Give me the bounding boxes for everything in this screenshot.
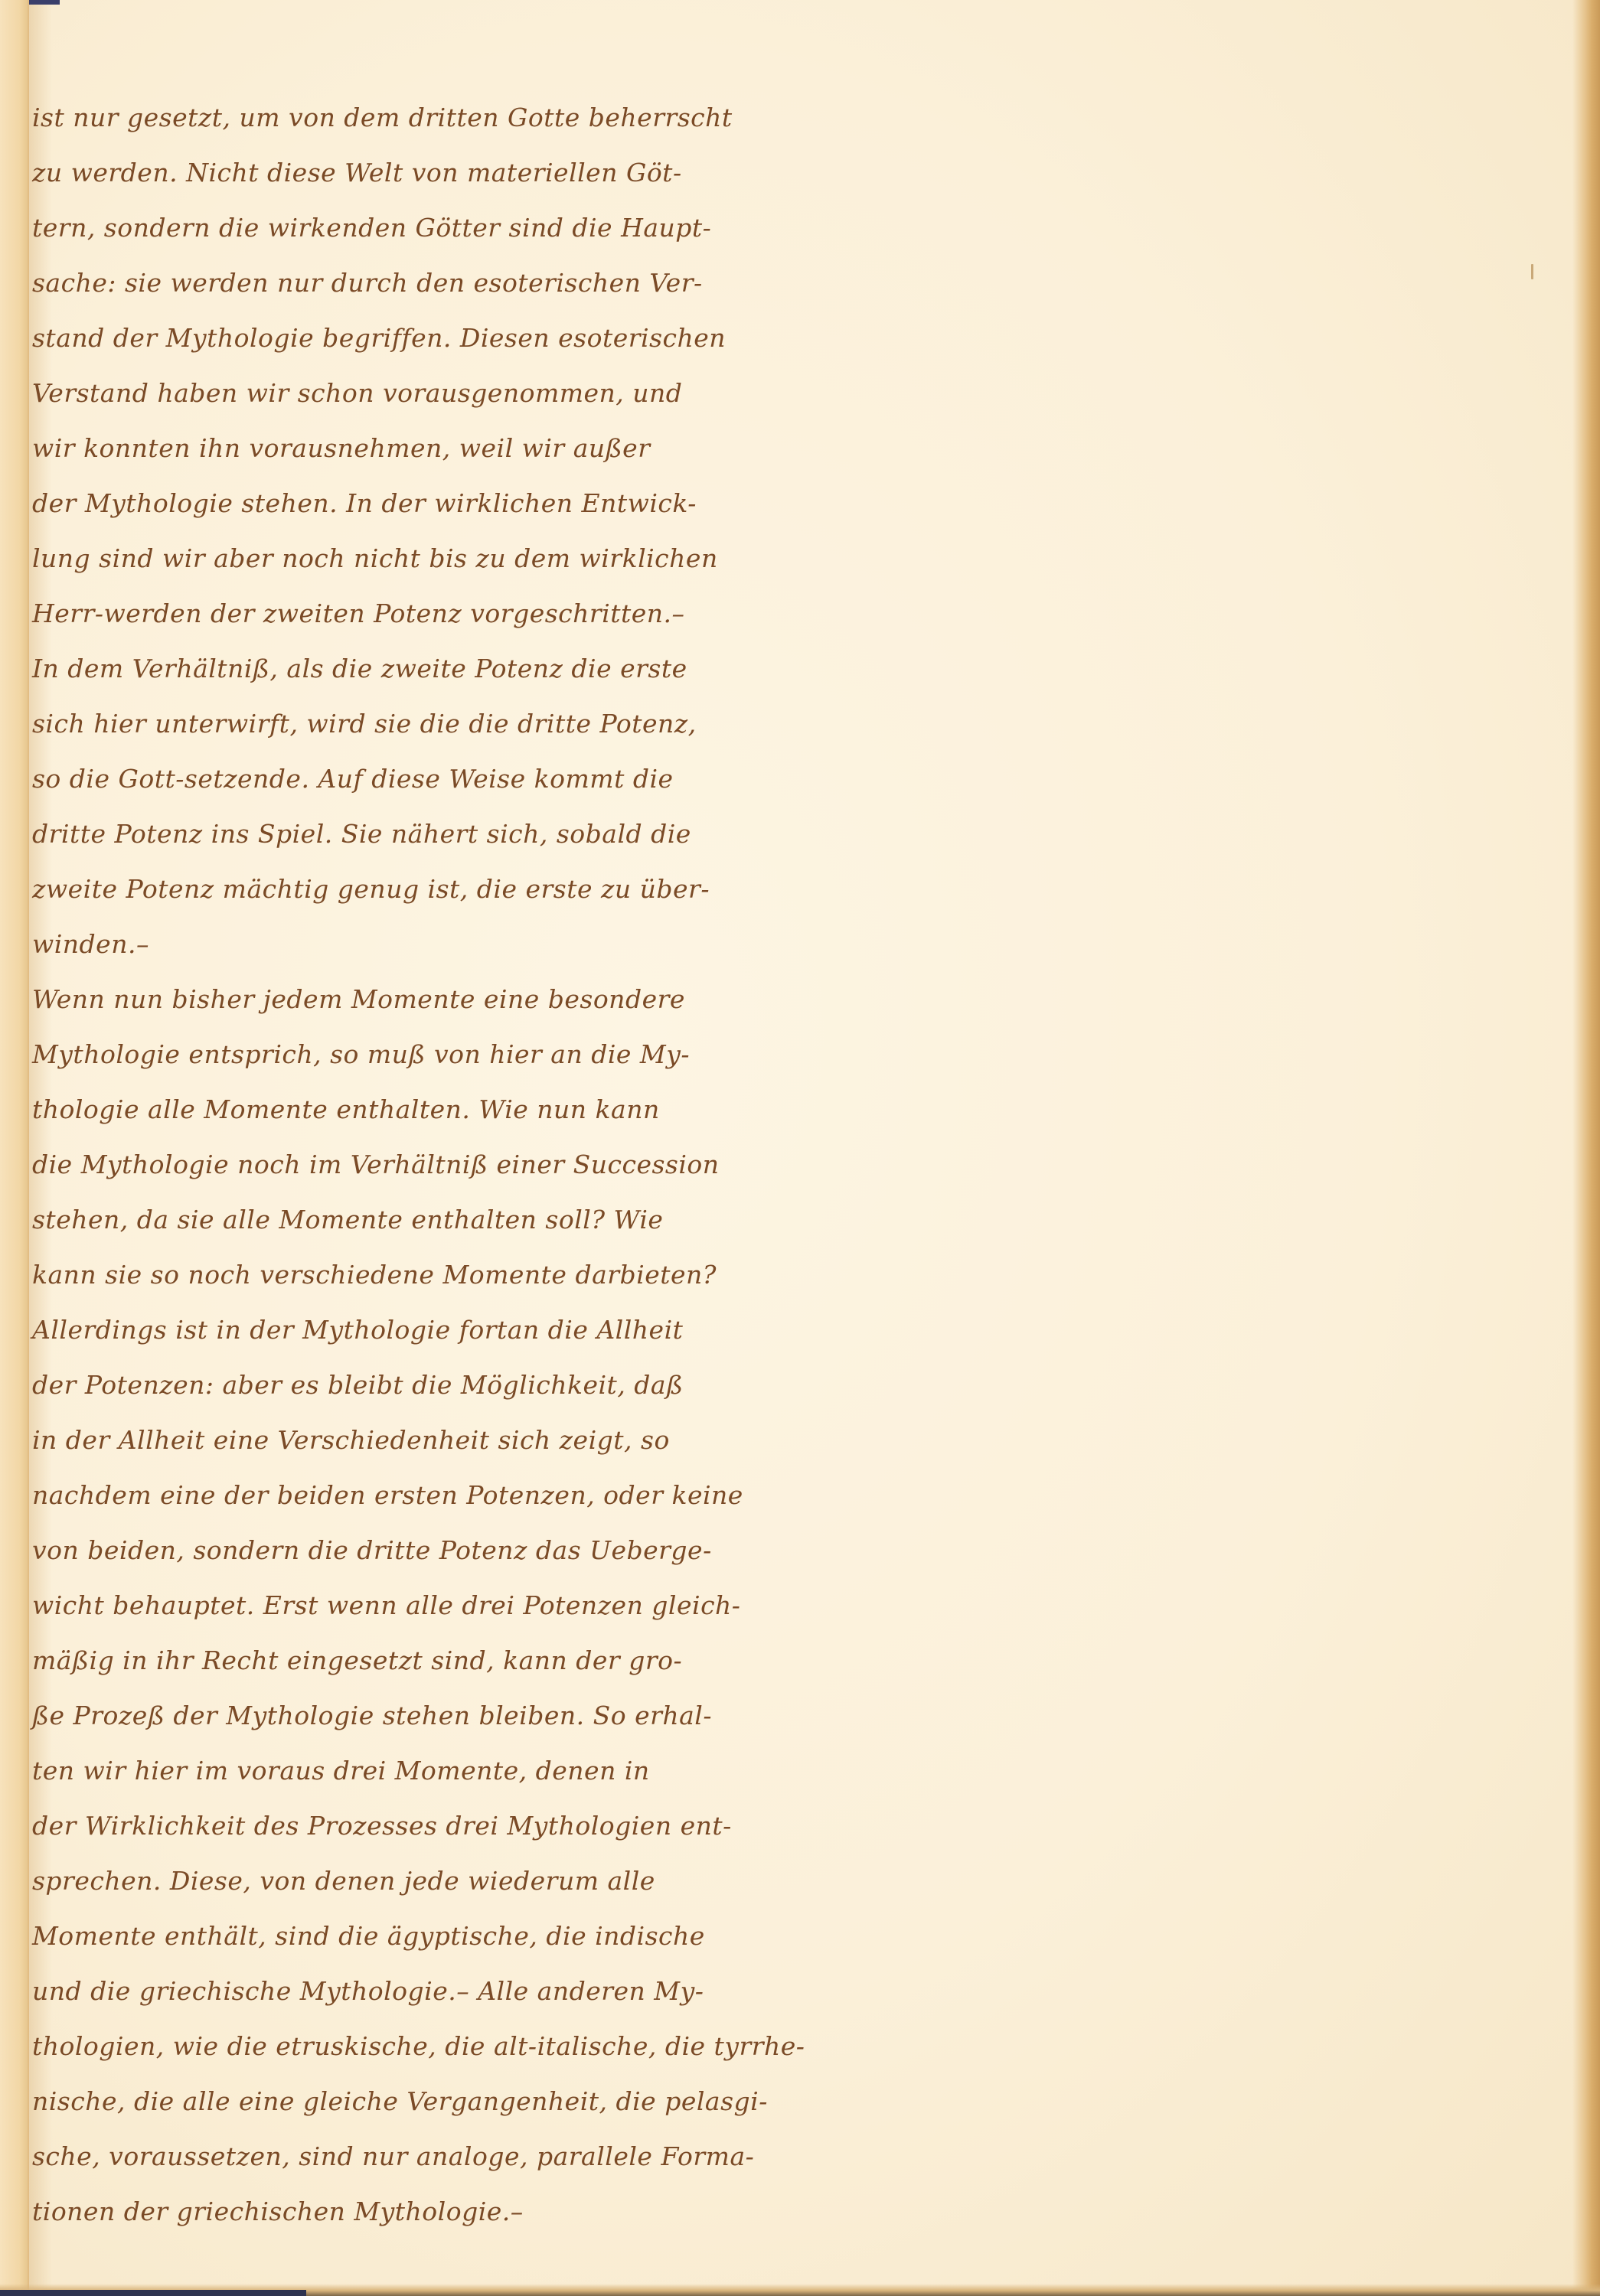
text-line: und die griechische Mythologie.– Alle an…: [32, 1964, 844, 2019]
text-line: Allerdings ist in der Mythologie fortan …: [32, 1303, 844, 1358]
text-line: thologie alle Momente enthalten. Wie nun…: [32, 1082, 844, 1137]
text-line: wicht behauptet. Erst wenn alle drei Pot…: [32, 1578, 844, 1633]
text-line: so die Gott-setzende. Auf diese Weise ko…: [32, 752, 844, 807]
text-line: kann sie so noch verschiedene Momente da…: [32, 1247, 844, 1303]
text-line: tionen der griechischen Mythologie.–: [32, 2184, 844, 2239]
text-line: zweite Potenz mächtig genug ist, die ers…: [32, 862, 844, 917]
text-line: der Mythologie stehen. In der wirklichen…: [32, 476, 844, 531]
text-line: winden.–: [32, 917, 844, 972]
text-line: lung sind wir aber noch nicht bis zu dem…: [32, 531, 844, 586]
text-line: dritte Potenz ins Spiel. Sie nähert sich…: [32, 807, 844, 862]
text-line: die Mythologie noch im Verhältniß einer …: [32, 1137, 844, 1192]
text-line: Mythologie entsprich, so muß von hier an…: [32, 1027, 844, 1082]
text-line: Verstand haben wir schon vorausgenommen,…: [32, 366, 844, 421]
text-line: wir konnten ihn vorausnehmen, weil wir a…: [32, 421, 844, 476]
handwritten-text-block: ist nur gesetzt, um von dem dritten Gott…: [32, 90, 844, 2239]
text-line: sche, voraussetzen, sind nur analoge, pa…: [32, 2129, 844, 2184]
text-line: Wenn nun bisher jedem Momente eine beson…: [32, 972, 844, 1027]
manuscript-page: ist nur gesetzt, um von dem dritten Gott…: [0, 0, 1600, 2296]
text-line: thologien, wie die etruskische, die alt-…: [32, 2019, 844, 2074]
text-line: mäßig in ihr Recht eingesetzt sind, kann…: [32, 1633, 844, 1688]
text-line: der Wirklichkeit des Prozesses drei Myth…: [32, 1799, 844, 1854]
text-line: ße Prozeß der Mythologie stehen bleiben.…: [32, 1688, 844, 1743]
text-line: Momente enthält, sind die ägyptische, di…: [32, 1909, 844, 1964]
text-line: sprechen. Diese, von denen jede wiederum…: [32, 1854, 844, 1909]
background-strip: [0, 2290, 306, 2296]
text-line: Herr-werden der zweiten Potenz vorgeschr…: [32, 586, 844, 641]
text-line: zu werden. Nicht diese Welt von materiel…: [32, 145, 844, 201]
text-line: ten wir hier im voraus drei Momente, den…: [32, 1743, 844, 1799]
text-line: von beiden, sondern die dritte Potenz da…: [32, 1523, 844, 1578]
text-line: der Potenzen: aber es bleibt die Möglich…: [32, 1358, 844, 1413]
margin-mark: [1531, 264, 1533, 279]
text-line: stehen, da sie alle Momente enthalten so…: [32, 1192, 844, 1247]
text-line: sache: sie werden nur durch den esoteris…: [32, 256, 844, 311]
text-line: nachdem eine der beiden ersten Potenzen,…: [32, 1468, 844, 1523]
page-fore-edge: [1572, 0, 1600, 2296]
text-line: nische, die alle eine gleiche Vergangenh…: [32, 2074, 844, 2129]
text-line: stand der Mythologie begriffen. Diesen e…: [32, 311, 844, 366]
binding-gutter: [0, 0, 29, 2296]
top-edge-shadow: [29, 0, 60, 5]
text-line: sich hier unterwirft, wird sie die die d…: [32, 696, 844, 752]
text-line: In dem Verhältniß, als die zweite Potenz…: [32, 641, 844, 696]
text-line: ist nur gesetzt, um von dem dritten Gott…: [32, 90, 844, 145]
text-line: in der Allheit eine Verschiedenheit sich…: [32, 1413, 844, 1468]
text-line: tern, sondern die wirkenden Götter sind …: [32, 201, 844, 256]
